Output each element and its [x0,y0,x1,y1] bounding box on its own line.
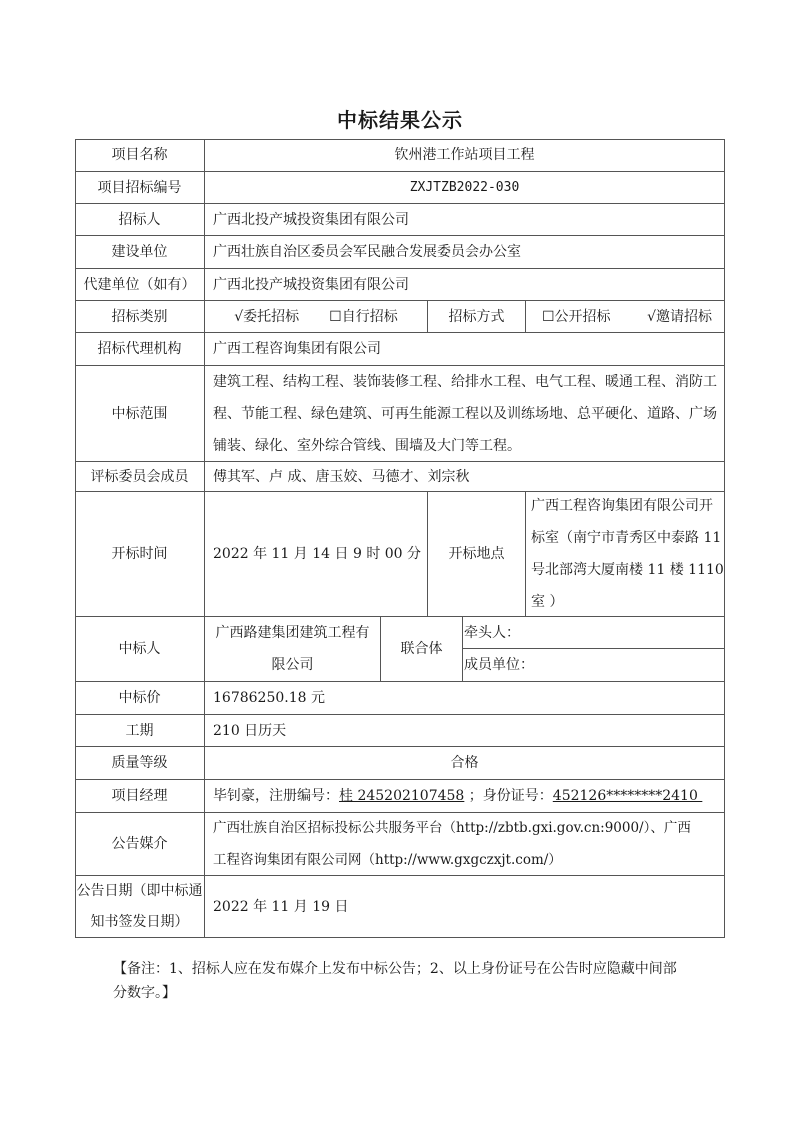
label-scope: 中标范围 [75,366,205,462]
label-manager: 项目经理 [75,780,205,813]
value-notice-date: 2022 年 11 月 19 日 [205,876,725,938]
label-project-name: 项目名称 [75,139,205,172]
consortium-lead: 牵头人： [463,617,725,649]
value-agency: 广西工程咨询集团有限公司 [205,333,725,366]
label-tender-method: 招标方式 [428,301,526,333]
scope-line: 程、节能工程、绿色建筑、可再生能源工程以及训练场地、总平硬化、道路、广场 [213,398,717,430]
scope-line: 建筑工程、结构工程、装饰装修工程、给排水工程、电气工程、暖通工程、消防工 [213,366,717,398]
location-line: 室 ） [531,586,563,618]
label-opening-time: 开标时间 [75,492,205,617]
remark-note: 【备注：1、招标人应在发布媒介上发布中标公告；2、以上身份证号在公告时应隐藏中间… [113,957,713,1005]
note-line: 【备注：1、招标人应在发布媒介上发布中标公告；2、以上身份证号在公告时应隐藏中间… [113,957,713,981]
value-media: 广西壮族自治区招标投标公共服务平台（http://zbtb.gxi.gov.cn… [205,813,725,876]
value-manager: 毕钊豪，注册编号：桂 245202107458 ；身份证号：452126****… [205,780,725,813]
label-price: 中标价 [75,682,205,715]
label-duration: 工期 [75,715,205,747]
consortium-members: 成员单位： [463,649,725,682]
location-line: 标室（南宁市青秀区中泰路 11 [531,522,721,554]
media-line: 广西壮族自治区招标投标公共服务平台（http://zbtb.gxi.gov.cn… [213,812,691,844]
value-tenderer: 广西北投产城投资集团有限公司 [205,204,725,236]
option-public: ☐公开招标 [542,301,611,333]
label-construction-unit: 建设单位 [75,236,205,269]
value-scope: 建筑工程、结构工程、装饰装修工程、给排水工程、电气工程、暖通工程、消防工 程、节… [205,366,725,462]
value-winner: 广西路建集团建筑工程有 限公司 [205,617,381,682]
value-project-name: 钦州港工作站项目工程 [205,139,725,172]
tender-category-options: √委托招标 ☐自行招标 [205,301,428,333]
manager-id-no: 452126********2410 [553,780,703,812]
value-opening-location: 广西工程咨询集团有限公司开 标室（南宁市青秀区中泰路 11 号北部湾大厦南楼 1… [526,492,725,617]
option-invited: √邀请招标 [647,301,712,333]
label-tender-category: 招标类别 [75,301,205,333]
label-winner: 中标人 [75,617,205,682]
value-price: 16786250.18 元 [205,682,725,715]
value-quality: 合格 [205,747,725,780]
result-table: 项目名称 钦州港工作站项目工程 项目招标编号 ZXJTZB2022-030 招标… [75,139,725,939]
value-opening-time: 2022 年 11 月 14 日 9 时 00 分 [205,492,428,617]
label-quality: 质量等级 [75,747,205,780]
label-agent-builder: 代建单位（如有） [75,269,205,301]
page-title: 中标结果公示 [0,104,800,133]
notice-date-label-line: 知书签发日期） [91,907,189,938]
label-agency: 招标代理机构 [75,333,205,366]
media-line: 工程咨询集团有限公司网（http://www.gxgczxjt.com/） [213,844,562,876]
value-agent-builder: 广西北投产城投资集团有限公司 [205,269,725,301]
scope-line: 铺装、绿化、室外综合管线、围墙及大门等工程。 [213,430,521,462]
winner-line: 限公司 [272,649,314,681]
value-construction-unit: 广西壮族自治区委员会军民融合发展委员会办公室 [205,236,725,269]
location-line: 号北部湾大厦南楼 11 楼 1110 [531,554,724,586]
label-project-code: 项目招标编号 [75,172,205,204]
location-line: 广西工程咨询集团有限公司开 [531,490,713,522]
label-media: 公告媒介 [75,813,205,876]
option-entrusted: √委托招标 [234,301,299,333]
notice-date-label-line: 公告日期（即中标通 [77,876,203,907]
value-committee: 傅其军、卢 成、唐玉姣、马德才、刘宗秋 [205,462,725,492]
option-self: ☐自行招标 [329,301,398,333]
label-tenderer: 招标人 [75,204,205,236]
manager-sep: ；身份证号： [464,780,552,812]
manager-reg-no: 桂 245202107458 [339,780,464,812]
winner-line: 广西路建集团建筑工程有 [216,617,370,649]
tender-method-options: ☐公开招标 √邀请招标 [526,301,725,333]
label-opening-location: 开标地点 [428,492,526,617]
label-notice-date: 公告日期（即中标通 知书签发日期） [75,876,205,938]
value-duration: 210 日历天 [205,715,725,747]
note-line: 分数字。】 [113,981,713,1005]
value-project-code: ZXJTZB2022-030 [205,172,725,204]
label-committee: 评标委员会成员 [75,462,205,492]
label-consortium: 联合体 [381,617,463,682]
manager-name: 毕钊豪，注册编号： [213,780,339,812]
